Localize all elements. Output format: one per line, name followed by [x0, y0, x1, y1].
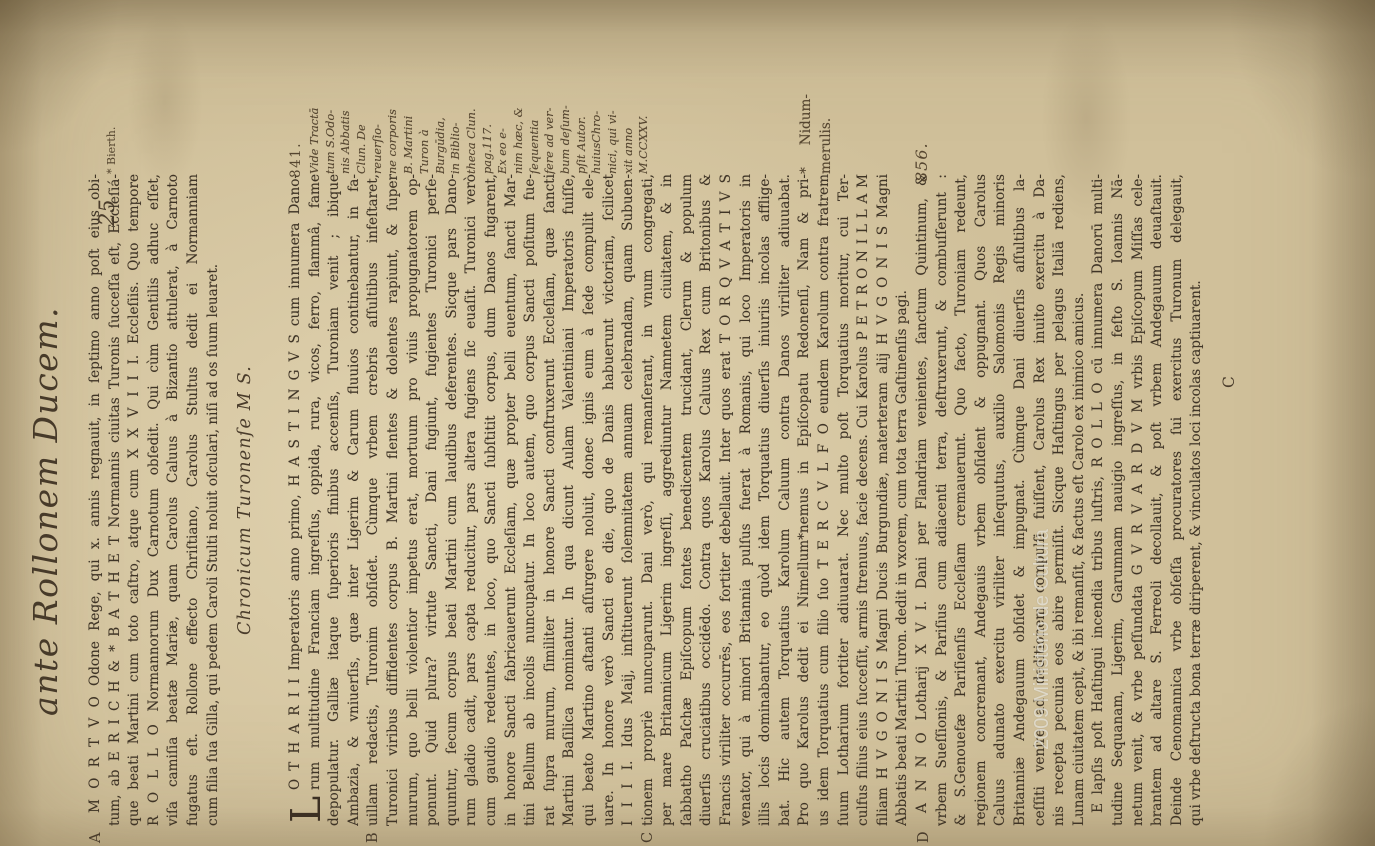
margin-note-line: pag.117. [480, 82, 496, 174]
chronicle-line: diuerſis cruciatibus occidēdo. Contra qu… [697, 174, 717, 826]
chronicle-line: vrbem Sueſſionis, & Pariſius cum adiacen… [933, 174, 953, 826]
chronicle-line: Ambazia, & vniuerſis, quæ inter Ligerim … [345, 174, 365, 826]
margin-letter-a: A [88, 833, 104, 843]
margin-note-line: fere ad ver- [542, 82, 558, 174]
chronicle-line: bat. Hic autem Torquatius Karolum Caluum… [776, 174, 796, 826]
chronicle-line: venator, qui à minori Britannia pulſus f… [737, 174, 757, 826]
margin-note-line: nis Abbatis [338, 82, 354, 174]
chronicle-line: regionem concremant, Andegauis vrbem obſ… [972, 174, 992, 826]
chronicle-line: Lunam ciuitatem cepit, & ibi remanſit, &… [1070, 174, 1090, 826]
intro-line: R O L L O Normannorum Dux Carnotum obſed… [145, 174, 165, 826]
running-header: ante Rollonem Ducem. [26, 176, 65, 846]
chronicle-line: Caluus adunato exercitu viriliter inſequ… [991, 174, 1011, 826]
digitization-watermark: 2009 Ministerio de Cultura [1031, 530, 1054, 750]
chronicle-line: Francis viriliter occurrēs, eos fortiter… [717, 174, 737, 826]
margin-note-line: xit anno [621, 82, 637, 174]
margin-note-line: pſit Autor. [574, 82, 590, 174]
chronicle-paragraph: O T H A R I I Imperatoris anno primo, H … [286, 174, 1207, 826]
chronicle-line: uillam redactis, Turonim obſidet. Cùmque… [364, 174, 384, 826]
margin-note-line: nim hæc, & [511, 82, 527, 174]
margin-side-note: Vide Tractātum S.Odo-nis AbbatisClun. De… [307, 82, 652, 174]
chronicle-line: murum, quo belli violentior impetus erat… [404, 174, 424, 826]
catchword: C [1220, 376, 1238, 388]
chronicle-line: rum gladio cadit, pars capta reducitur, … [462, 174, 482, 826]
chronicle-line: tionem propriè nuncuparunt. Dani verò, q… [639, 174, 659, 826]
chronicle-line: Deinde Cenomannica vrbe obſeſſa procurat… [1168, 174, 1188, 826]
chronicle-line: E lapſis poſt Haſtingui incendia tribus … [1089, 174, 1109, 826]
margin-note-bierth: * Bierth. [105, 127, 118, 174]
chronicle-line: O T H A R I I Imperatoris anno primo, H … [286, 174, 306, 826]
intro-line: cum filia ſua Gilla, qui pedem Caroli St… [204, 174, 224, 826]
chronicle-line: depopulatur. Galliæ itaque ſuperioris fi… [325, 174, 345, 826]
chronicle-line: qui vrbe deſtructa bona terræ diriperent… [1187, 174, 1207, 826]
chronicle-line: netum venit, & vrbe peſſundata G V R V A… [1129, 174, 1149, 826]
intro-paragraph: M O R T V O Odone Rege, qui x. annis reg… [86, 174, 223, 826]
margin-letter-b: B [365, 832, 381, 843]
chronicle-line: Britanniæ Andegauum obſidet & impugnat. … [1011, 174, 1031, 826]
source-heading: Chronicum Turonenſe M S. [235, 174, 255, 826]
intro-line: M O R T V O Odone Rege, qui x. annis reg… [86, 174, 106, 826]
margin-note-line: Turon à [417, 82, 433, 174]
chronicle-line: qui beato Martino aſtanti aſſurgere nolu… [580, 174, 600, 826]
chronicle-line: us idem Torquatius cum filio ſuo T E R C… [815, 174, 835, 826]
chronicle-line: Turonici viribus diffidentes corpus B. M… [384, 174, 404, 826]
chronicle-line: in honore Sancti fabricauerunt Eccleſiam… [502, 174, 522, 826]
margin-note-line: reuerſio- [370, 82, 386, 174]
chronicle-line: cum gaudio redeuntes, in loco, quo Sanct… [482, 174, 502, 826]
margin-note-line: M.CCXXV. [636, 82, 652, 174]
margin-note-line: Ex eo e- [495, 82, 511, 174]
chronicle-line: illis locis dominabantur, eo quòd idem T… [756, 174, 776, 826]
book-page-scan: ante Rollonem Ducem. 25 A B C D M O R T … [0, 0, 1375, 846]
page-sheet: ante Rollonem Ducem. 25 A B C D M O R T … [0, 0, 1375, 846]
chronicle-line: I I I I. Idus Maij, inſtituerunt ſolemni… [619, 174, 639, 826]
margin-note-line: tum S.Odo- [323, 82, 339, 174]
chronicle-line: Pro quo Karolus dedit ei Nimellum*nemus … [795, 174, 815, 826]
margin-note-line: * Nidum- [797, 94, 817, 174]
chronicle-line: brantem ad altare S. Ferreoli decollauit… [1148, 174, 1168, 826]
chronicle-line: Martini Baſilica nominatur. In qua dicun… [560, 174, 580, 826]
margin-note-line: nici, qui vi- [605, 82, 621, 174]
chronicle-line: rat ſupra murum, ſimiliter in honore San… [541, 174, 561, 826]
intro-line: tum, ab E R I C H & * B A T H E T Norman… [106, 174, 126, 826]
chronicle-line: per mare Britannicum Ligerim ingreſſi, a… [658, 174, 678, 826]
chronicle-line: tini Bellum ab incolis nuncupatur. In lo… [521, 174, 541, 826]
chronicle-line: rum multitudine Franciam ingreſſus, oppi… [306, 174, 326, 826]
chronicle-line: filiam H V G O N I S Magni Ducis Burgund… [874, 174, 894, 826]
margin-year-856: 856. [912, 142, 931, 182]
margin-note-nidum: * Nidum-merulis. [797, 94, 836, 174]
margin-note-line: merulis. [817, 94, 837, 174]
margin-note-line: in Biblio- [448, 82, 464, 174]
margin-note-line: B. Martini [401, 82, 417, 174]
margin-year-841: 841. [288, 142, 304, 178]
chronicle-line: & S.Genouefæ Pariſienſis Eccleſiam crema… [952, 174, 972, 826]
margin-letter-c: C [640, 832, 656, 843]
margin-note-line: ſequentia [527, 82, 543, 174]
chronicle-line: Abbatis beati Martini Turon. dedit in vx… [893, 174, 913, 826]
intro-line: que beati Martini cum toto caſtro, atque… [125, 174, 145, 826]
chronicle-line: culfus filius eius ſucceſſit, armis ſtre… [854, 174, 874, 826]
margin-letter-d: D [916, 831, 932, 843]
intro-line: fugatus eſt. Rollone effecto Chriſtiano,… [184, 174, 204, 826]
margin-note-line: Clun. De [354, 82, 370, 174]
margin-note-line: ne corporis [385, 82, 401, 174]
chronicle-line: ponunt. Quid plura? virtute Sancti, Dani… [423, 174, 443, 826]
margin-note-line: bum deſum- [558, 82, 574, 174]
chronicle-line: ſabbatho Paſchæ Epiſcopum fontes benedic… [678, 174, 698, 826]
intro-line: viſa camiſia beatæ Mariæ, quam Carolus C… [164, 174, 184, 826]
chronicle-line: tudine Sequanam, Ligerim, Garumnam nauig… [1109, 174, 1129, 826]
margin-note-line: Vide Tractā [307, 82, 323, 174]
margin-note-line: theca Clun. [464, 82, 480, 174]
chronicle-line: A N N O Lotharij X V I. Dani per Flandri… [913, 174, 933, 826]
chronicle-line: ſuum Lotharium fortiter adiuuarat. Nec m… [835, 174, 855, 826]
margin-note-line: huiusChro- [589, 82, 605, 174]
chronicle-line: quuntur, ſecum corpus beati Martini cum … [443, 174, 463, 826]
margin-note-line: Burgūdia, [433, 82, 449, 174]
chronicle-line: uare. In honore verò Sancti eo die, quo … [600, 174, 620, 826]
